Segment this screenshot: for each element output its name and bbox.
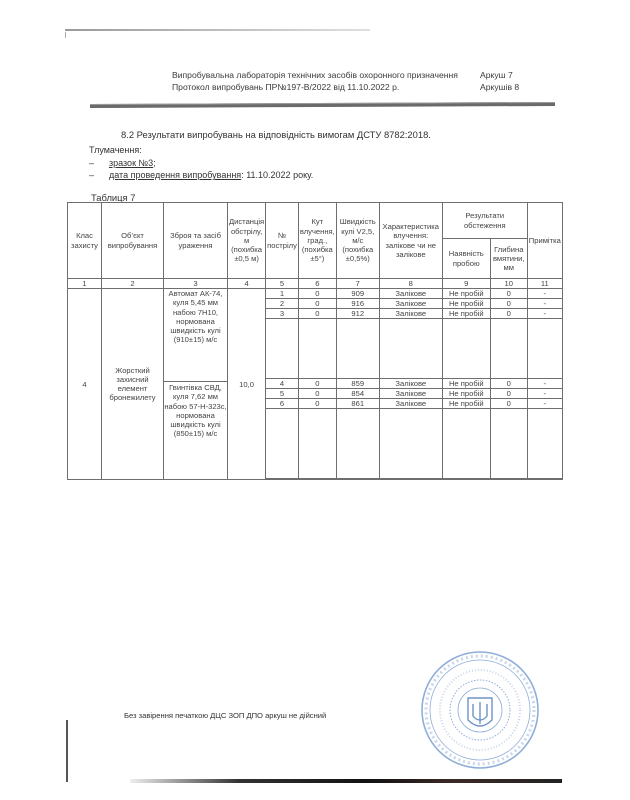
header-depth: Глибина вмятини, мм: [490, 239, 527, 279]
header-angle: Кут влучення, град., (похибка ±5°): [298, 203, 336, 279]
note-label: зразок №3: [109, 158, 153, 168]
column-numbers-row: 1 2 3 4 5 6 7 8 9 10 11: [68, 279, 563, 289]
header-penetration: Наявність пробою: [442, 239, 490, 279]
header-shot-no: № пострілу: [266, 203, 299, 279]
distance-value: 10,0: [228, 289, 266, 480]
validity-notice: Без завірення печаткою ДЦС ЗОП ДПО аркуш…: [124, 711, 326, 720]
header-divider: [90, 102, 555, 108]
header-speed: Швидкість кулі V2,5, м/с (похибка ±0,5%): [336, 203, 379, 279]
header-class: Клас захисту: [68, 203, 102, 279]
header-object: Об’єкт випробування: [102, 203, 164, 279]
notes-label: Тлумачення:: [89, 144, 313, 157]
note-item: –зразок №3;: [89, 157, 313, 170]
page-header-right: Аркуш 7 Аркушів 8: [480, 70, 519, 93]
scan-edge-left: [66, 720, 68, 782]
sheet-number: Аркуш 7: [480, 70, 519, 82]
table-row: 4 Жорсткий захисний елемент бронежилету …: [68, 289, 563, 299]
header-hit-char: Характеристика влучення: залікове чи не …: [379, 203, 442, 279]
section-title: 8.2 Результати випробувань на відповідні…: [121, 129, 431, 140]
page-header-left: Випробувальна лабораторія технічних засо…: [172, 70, 458, 93]
results-table: Клас захисту Об’єкт випробування Зброя т…: [67, 202, 563, 480]
weapon-cell: Автомат АК-74, куля 5,45 мм набою 7Н10, …: [164, 289, 228, 480]
scan-edge-tick: [65, 32, 66, 38]
header-distance: Дистанція обстрілу, м (похибка ±0,5 м): [228, 203, 266, 279]
scan-edge-bottom: [130, 779, 562, 783]
weapon-ak74: Автомат АК-74, куля 5,45 мм набою 7Н10, …: [165, 289, 226, 381]
notes: Тлумачення: –зразок №3; –дата проведення…: [89, 144, 313, 182]
header-results: Результати обстеження: [442, 203, 527, 239]
lab-name: Випробувальна лабораторія технічних засо…: [172, 70, 458, 82]
sheets-total: Аркушів 8: [480, 82, 519, 94]
official-seal-stamp: [418, 648, 542, 772]
header-note: Примітка: [527, 203, 562, 279]
class-value: 4: [68, 289, 102, 480]
header-weapon: Зброя та засіб ураження: [164, 203, 228, 279]
note-label: дата проведення випробування: [109, 170, 241, 180]
protocol-number: Протокол випробувань ПР№197-В/2022 від 1…: [172, 82, 458, 94]
weapon-svd: Гвинтівка СВД, куля 7,62 мм набою 57-Н-3…: [164, 381, 227, 439]
note-item: –дата проведення випробування: 11.10.202…: [89, 169, 313, 182]
scan-edge-top: [65, 29, 370, 31]
object-value: Жорсткий захисний елемент бронежилету: [102, 289, 164, 480]
trident-coat-of-arms-icon: [468, 698, 492, 726]
